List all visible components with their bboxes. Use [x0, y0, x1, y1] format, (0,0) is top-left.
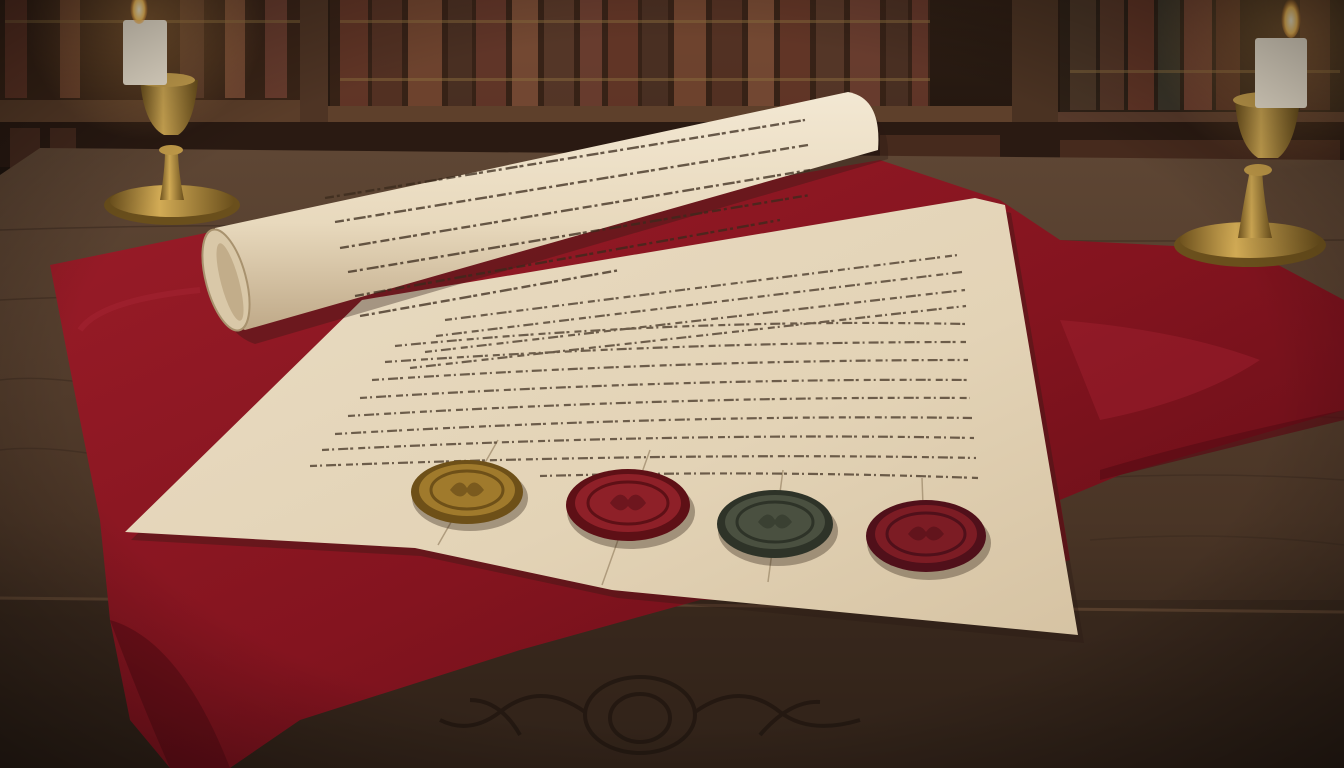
- scene-canvas: [0, 0, 1344, 768]
- desk-scene: Aged parchment document with four wax se…: [0, 0, 1344, 768]
